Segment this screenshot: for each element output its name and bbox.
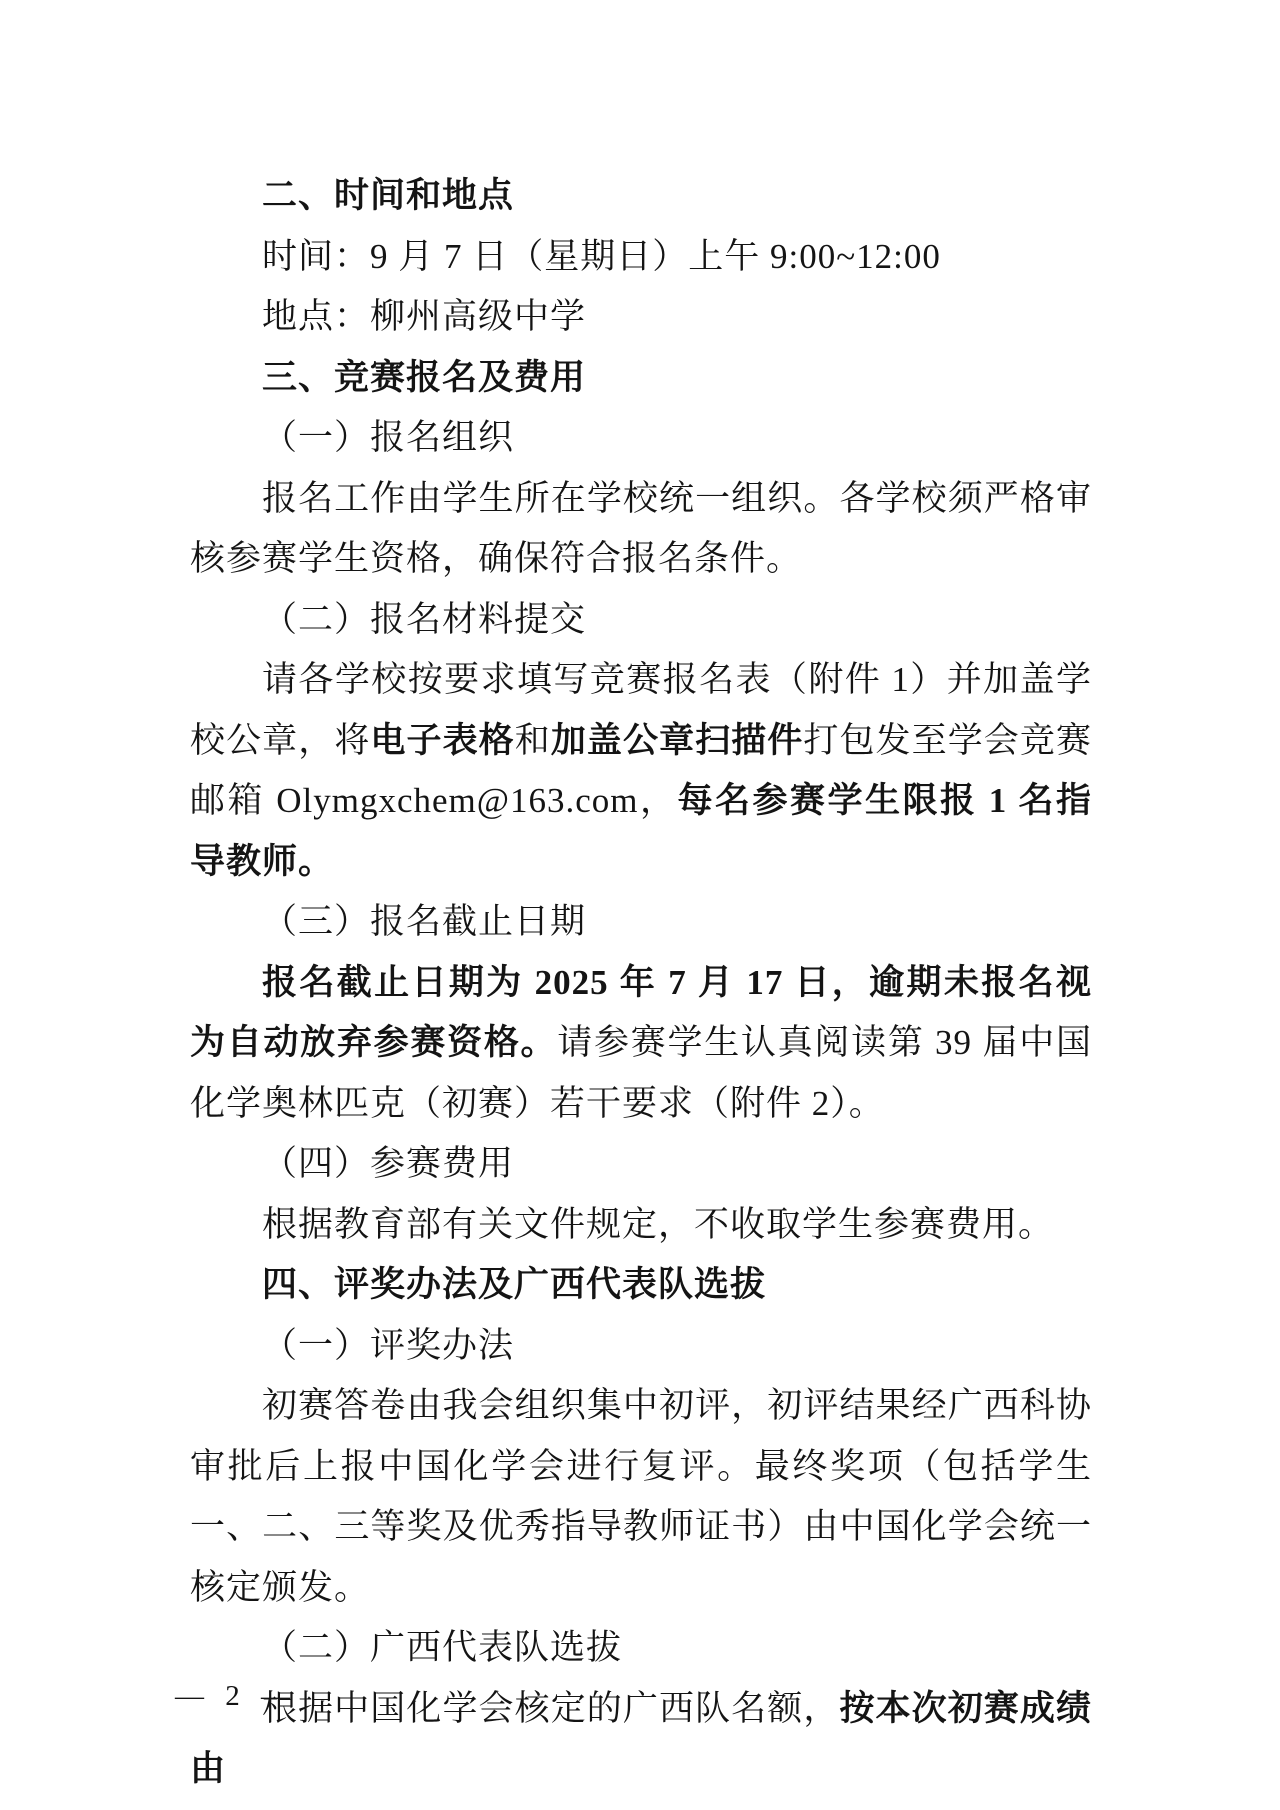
text-run: 报名工作由学生所在学校统一组织。各学校须严格审核参赛学生资格，确保符合报名条件。	[190, 479, 1092, 579]
section-heading: 二、时间和地点	[190, 166, 1092, 227]
bold-text-run: 电子表格	[370, 721, 514, 760]
text-run: （一）报名组织	[262, 418, 514, 457]
text-line: 时间：9 月 7 日（星期日）上午 9:00~12:00	[190, 227, 1092, 288]
text-run: 和	[515, 721, 551, 760]
section-heading: 三、竞赛报名及费用	[190, 348, 1092, 409]
text-run: 地点：柳州高级中学	[262, 297, 586, 336]
paragraph: 初赛答卷由我会组织集中初评，初评结果经广西科协审批后上报中国化学会进行复评。最终…	[190, 1376, 1092, 1618]
bold-text-run: 四、评奖办法及广西代表队选拔	[262, 1265, 766, 1304]
text-run: （四）参赛费用	[262, 1144, 514, 1183]
paragraph: 报名工作由学生所在学校统一组织。各学校须严格审核参赛学生资格，确保符合报名条件。	[190, 469, 1092, 590]
text-run: （二）报名材料提交	[262, 600, 586, 639]
text-run: （三）报名截止日期	[262, 902, 586, 941]
text-run: （一）评奖办法	[262, 1326, 514, 1365]
paragraph: 报名截止日期为 2025 年 7 月 17 日，逾期未报名视为自动放弃参赛资格。…	[190, 953, 1092, 1135]
subsection-heading: （三）报名截止日期	[190, 892, 1092, 953]
paragraph: 根据中国化学会核定的广西队名额，按本次初赛成绩由	[190, 1679, 1092, 1800]
subsection-heading: （一）评奖办法	[190, 1316, 1092, 1377]
text-run: 初赛答卷由我会组织集中初评，初评结果经广西科协审批后上报中国化学会进行复评。最终…	[190, 1386, 1092, 1607]
text-run: 根据教育部有关文件规定，不收取学生参赛费用。	[262, 1205, 1054, 1244]
text-run: 根据中国化学会核定的广西队名额，	[262, 1689, 839, 1728]
subsection-heading: （二）广西代表队选拔	[190, 1618, 1092, 1679]
subsection-heading: （一）报名组织	[190, 408, 1092, 469]
page-footer: — 2 —	[175, 1680, 292, 1713]
paragraph: 请各学校按要求填写竞赛报名表（附件 1）并加盖学校公章，将电子表格和加盖公章扫描…	[190, 650, 1092, 892]
document-body: 二、时间和地点时间：9 月 7 日（星期日）上午 9:00~12:00地点：柳州…	[190, 166, 1092, 1800]
bold-text-run: 加盖公章扫描件	[551, 721, 804, 760]
text-line: 地点：柳州高级中学	[190, 287, 1092, 348]
subsection-heading: （二）报名材料提交	[190, 590, 1092, 651]
text-run: （二）广西代表队选拔	[262, 1628, 622, 1667]
paragraph: 根据教育部有关文件规定，不收取学生参赛费用。	[190, 1195, 1092, 1256]
bold-text-run: 二、时间和地点	[262, 176, 514, 215]
text-run: 时间：9 月 7 日（星期日）上午 9:00~12:00	[262, 237, 941, 276]
section-heading: 四、评奖办法及广西代表队选拔	[190, 1255, 1092, 1316]
bold-text-run: 三、竞赛报名及费用	[262, 358, 586, 397]
subsection-heading: （四）参赛费用	[190, 1134, 1092, 1195]
page-number: — 2 —	[175, 1680, 292, 1712]
